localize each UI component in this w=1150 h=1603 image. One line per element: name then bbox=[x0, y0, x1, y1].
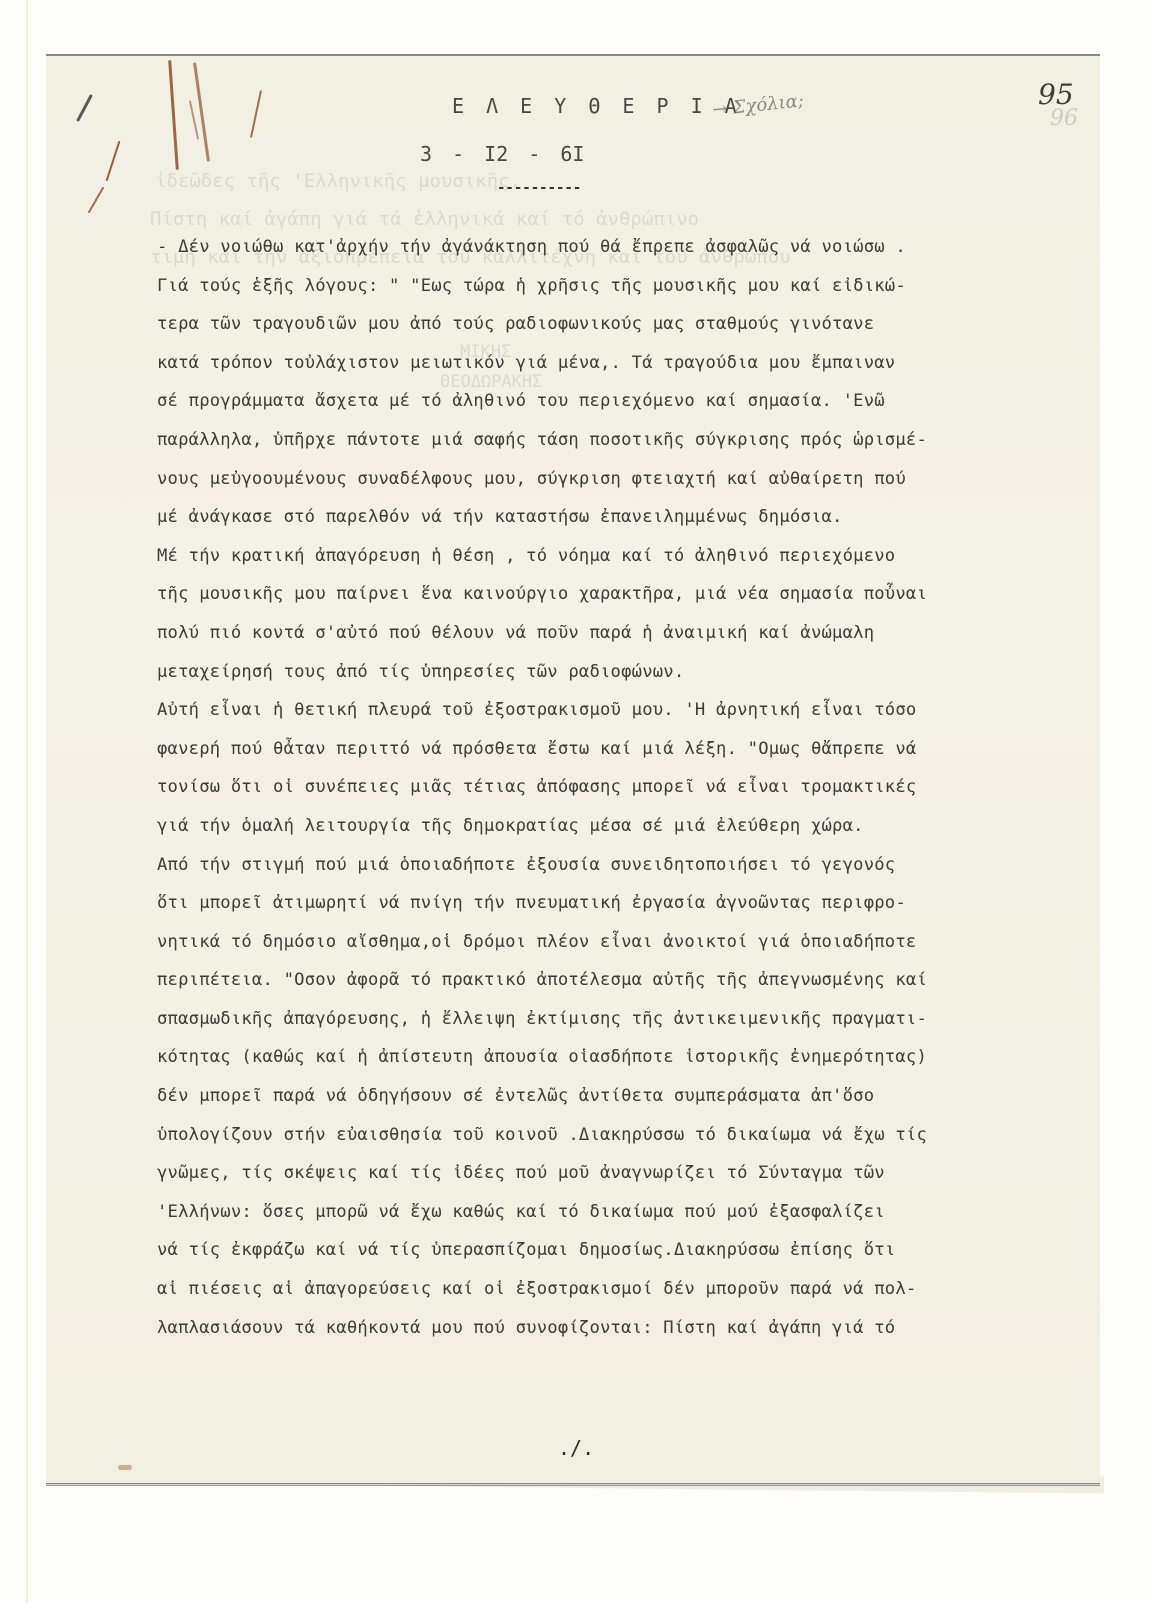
text-line: πολύ πιό κοντά σ'αὐτό πού θέλουν νά ποῦν… bbox=[157, 614, 1102, 653]
text-line: τερα τῶν τραγουδιῶν μου ἀπό τούς ραδιοφω… bbox=[157, 305, 1102, 344]
text-line: σέ προγράμματα ἄσχετα μέ τό ἀληθινό του … bbox=[157, 382, 1102, 421]
text-line: λαπλασιάσουν τά καθήκοντά μου πού συνοφί… bbox=[157, 1309, 1102, 1348]
header-separator: ---------- bbox=[497, 180, 581, 196]
text-line: μέ ἀνάγκασε στό παρελθόν νά τήν καταστήσ… bbox=[157, 498, 1102, 537]
scanner-edge bbox=[26, 0, 28, 1603]
text-line: 'Ελλήνων: ὅσες μπορῶ νά ἔχω καθώς καί τό… bbox=[157, 1193, 1102, 1232]
text-line: γιά τήν ὁμαλή λειτουργία τῆς δημοκρατίας… bbox=[157, 807, 1102, 846]
text-line: - Δέν νοιώθω κατ'ἀρχήν τήν ἀγάνάκτηση πο… bbox=[157, 228, 1102, 267]
text-line: τονίσω ὅτι οἱ συνέπειες μιᾶς τέτιας ἀπόφ… bbox=[157, 768, 1102, 807]
text-line: αἱ πιέσεις αἱ ἀπαγορεύσεις καί οἱ ἐξοστρ… bbox=[157, 1270, 1102, 1309]
text-line: τῆς μουσικῆς μου παίρνει ἕνα καινούργιο … bbox=[157, 575, 1102, 614]
text-line: σπασμωδικῆς ἀπαγόρευσης, ἡ ἔλλειψη ἐκτίμ… bbox=[157, 1000, 1102, 1039]
text-line: κότητας (καθώς καί ἡ ἀπίστευτη ἀπουσία ο… bbox=[157, 1038, 1102, 1077]
text-line: Μέ τήν κρατική ἀπαγόρευση ἡ θέση , τό νό… bbox=[157, 537, 1102, 576]
text-line: μεταχείρησή τους ἀπό τίς ὑπηρεσίες τῶν ρ… bbox=[157, 653, 1102, 692]
text-line: Από τήν στιγμή πού μιά ὁποιαδήποτε ἐξουσ… bbox=[157, 846, 1102, 885]
text-line: περιπέτεια. "Οσον ἀφορᾶ τό πρακτικό ἀποτ… bbox=[157, 961, 1102, 1000]
paper-stain bbox=[118, 1465, 132, 1470]
text-line: δέν μπορεῖ παρά νά ὁδηγήσουν σέ ἐντελῶς … bbox=[157, 1077, 1102, 1116]
text-line: Γιά τούς ἑξῆς λόγους: " "Εως τώρα ἡ χρῆσ… bbox=[157, 267, 1102, 306]
ghost-page-number: 96 bbox=[1050, 106, 1078, 131]
text-line: νητικά τό δημόσιο αἴσθημα,οἱ δρόμοι πλέο… bbox=[157, 923, 1102, 962]
text-line: νους μεὐγοουμένους συναδέλφους μου, σύγκ… bbox=[157, 460, 1102, 499]
text-line: Αὐτή εἶναι ἡ θετική πλευρά τοῦ ἐξοστρακι… bbox=[157, 691, 1102, 730]
text-line: νά τίς ἐκφράζω καί νά τίς ὑπερασπίζομαι … bbox=[157, 1231, 1102, 1270]
text-line: κατά τρόπον τοὐλάχιστον μειωτικόν γιά μέ… bbox=[157, 344, 1102, 383]
document-date: 3 - I2 - 6I bbox=[420, 142, 584, 166]
document-body: - Δέν νοιώθω κατ'ἀρχήν τήν ἀγάνάκτηση πο… bbox=[157, 228, 1102, 1347]
text-line: φανερή πού θἆταν περιττό νά πρόσθετα ἔστ… bbox=[157, 730, 1102, 769]
bleed-through-text: Πίστη καί ἀγάπη γιά τά ἑλληνικά καί τό ἀ… bbox=[150, 208, 699, 230]
text-line: γνῶμες, τίς σκέψεις καί τίς ἰδέες πού μο… bbox=[157, 1154, 1102, 1193]
bleed-through-text: ἰδεῶδες τῆς 'Ελληνικῆς μουσικῆς. bbox=[155, 170, 521, 192]
text-line: παράλληλα, ὑπῆρχε πάντοτε μιά σαφής τάση… bbox=[157, 421, 1102, 460]
text-line: ὑπολογίζουν στήν εὐαισθησία τοῦ κοινοῦ .… bbox=[157, 1116, 1102, 1155]
text-line: ὅτι μπορεῖ ἀτιμωρητί νά πνίγη τήν πνευμα… bbox=[157, 884, 1102, 923]
continuation-mark: ./. bbox=[558, 1436, 594, 1460]
newspaper-title: Ε Λ Ε Υ Θ Ε Ρ Ι Α bbox=[452, 94, 742, 118]
